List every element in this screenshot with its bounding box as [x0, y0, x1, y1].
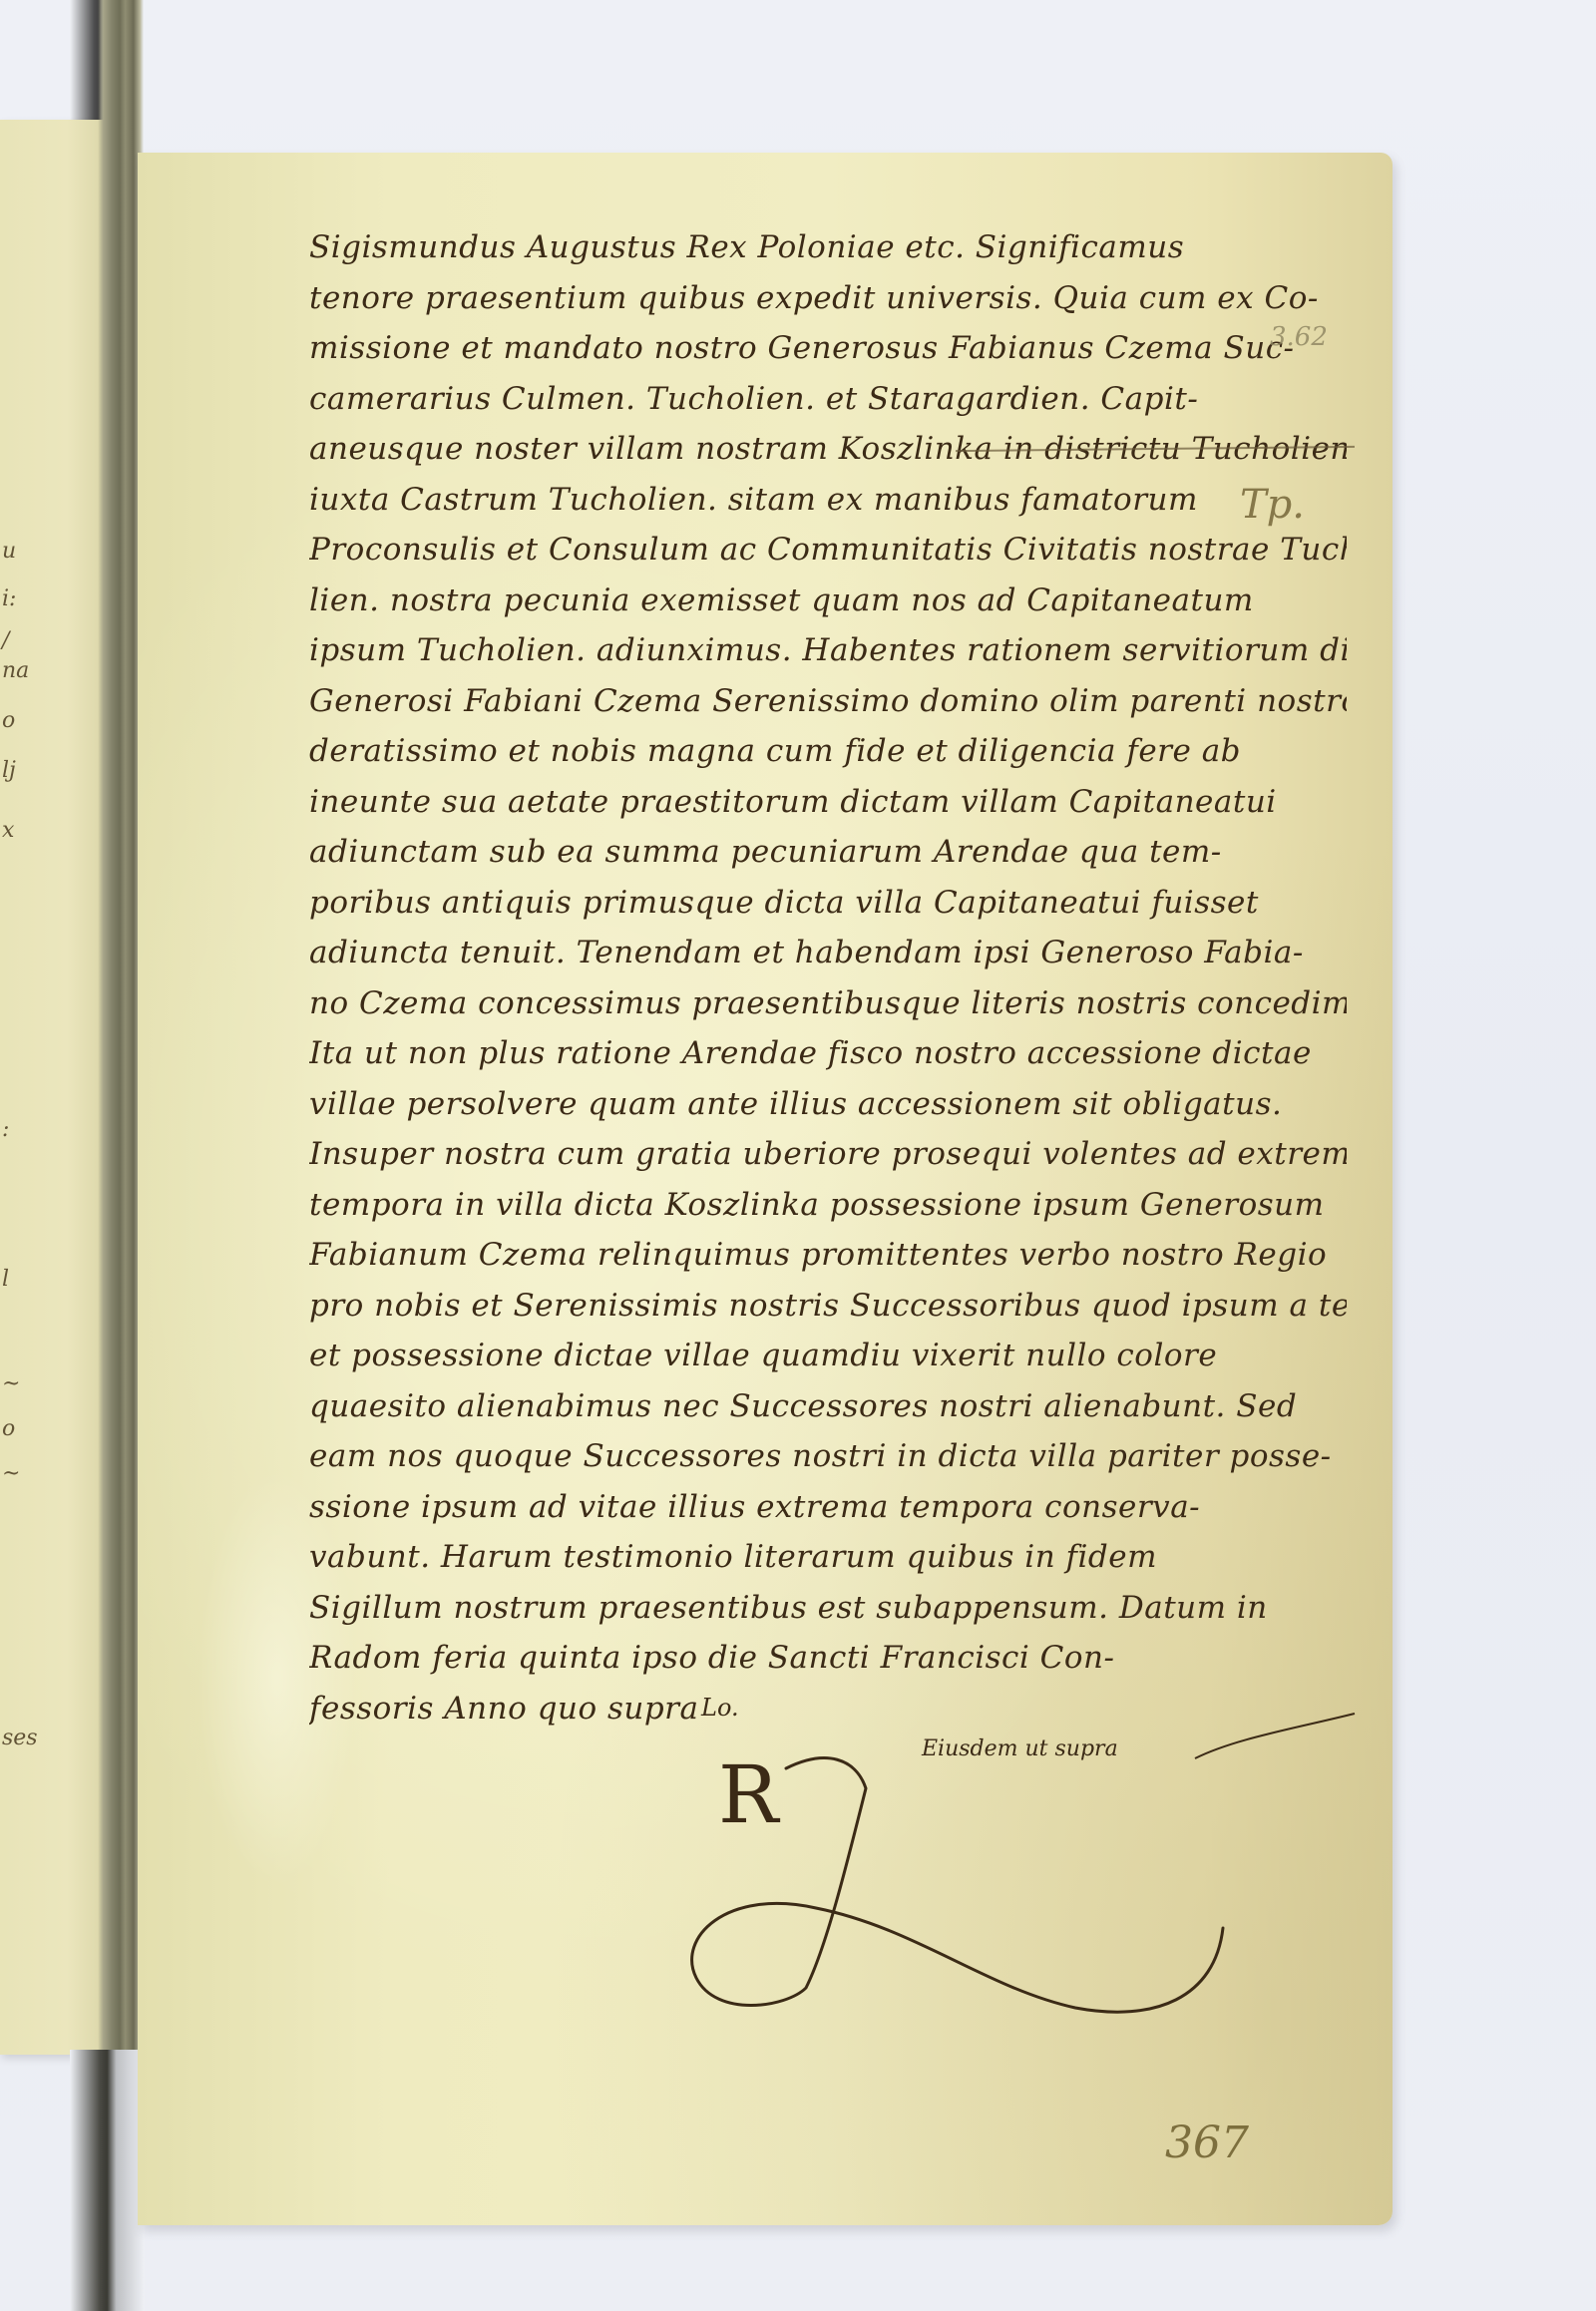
- text-line: Insuper nostra cum gratia uberiore prose…: [309, 1129, 1347, 1180]
- marginal-abbreviation: Tp.: [1240, 482, 1305, 528]
- margin-fragment: na: [2, 658, 29, 683]
- margin-fragment: o: [2, 708, 15, 733]
- text-line: vabunt. Harum testimonio literarum quibu…: [309, 1532, 1347, 1583]
- margin-fragment: ses: [2, 1726, 38, 1750]
- text-line: Generosi Fabiani Czema Serenissimo domin…: [309, 676, 1347, 727]
- text-line: Proconsulis et Consulum ac Communitatis …: [309, 525, 1347, 576]
- margin-fragment: o: [2, 1416, 15, 1441]
- left-page: u i: / na o lj x : l ~ o ~ ses: [0, 120, 112, 2055]
- text-line: no Czema concessimus praesentibusque lit…: [309, 978, 1347, 1029]
- text-line: Ita ut non plus ratione Arendae fisco no…: [309, 1028, 1347, 1079]
- text-line: adiunctam sub ea summa pecuniarum Arenda…: [309, 827, 1347, 878]
- text-line: deratissimo et nobis magna cum fide et d…: [309, 726, 1347, 777]
- margin-fragment: ~: [2, 1371, 20, 1396]
- margin-fragment: lj: [2, 758, 16, 783]
- text-line: camerarius Culmen. Tucholien. et Staraga…: [309, 374, 1347, 425]
- text-line: ineunte sua aetate praestitorum dictam v…: [309, 777, 1347, 828]
- text-line: quaesito alienabimus nec Successores nos…: [309, 1381, 1347, 1432]
- margin-fragment: /: [2, 628, 9, 653]
- text-line: Sigillum nostrum praesentibus est subapp…: [309, 1583, 1347, 1634]
- text-line: tenore praesentium quibus expedit univer…: [309, 273, 1347, 324]
- scan-viewer: u i: / na o lj x : l ~ o ~ ses Sigismund…: [0, 0, 1596, 2311]
- text-line: iuxta Castrum Tucholien. sitam ex manibu…: [309, 475, 1347, 526]
- text-line: pro nobis et Serenissimis nostris Succes…: [309, 1281, 1347, 1332]
- text-line: missione et mandato nostro Generosus Fab…: [309, 323, 1347, 374]
- margin-fragment: ~: [2, 1461, 20, 1486]
- binding-bottom-shadow: [70, 2050, 145, 2311]
- text-line: et possessione dictae villae quamdiu vix…: [309, 1331, 1347, 1381]
- margin-fragment: u: [2, 539, 16, 564]
- text-line: villae persolvere quam ante illius acces…: [309, 1079, 1347, 1130]
- margin-fragment: x: [2, 818, 14, 843]
- text-line: eam nos quoque Successores nostri in dic…: [309, 1431, 1347, 1482]
- text-line: tempora in villa dicta Koszlinka possess…: [309, 1180, 1347, 1231]
- marginal-number: 3.62: [1270, 322, 1328, 352]
- text-line: ipsum Tucholien. adiunximus. Habentes ra…: [309, 625, 1347, 676]
- text-line: Sigismundus Augustus Rex Poloniae etc. S…: [309, 222, 1347, 273]
- text-line: ssione ipsum ad vitae illius extrema tem…: [309, 1482, 1347, 1533]
- text-line: adiuncta tenuit. Tenendam et habendam ip…: [309, 928, 1347, 978]
- text-line: Fabianum Czema relinquimus promittentes …: [309, 1230, 1347, 1281]
- margin-fragment: i:: [2, 586, 16, 611]
- text-line: poribus antiquis primusque dicta villa C…: [309, 878, 1347, 929]
- signature-flourish-icon: [656, 1709, 1375, 2028]
- margin-fragment: :: [2, 1117, 9, 1142]
- right-page: Sigismundus Augustus Rex Poloniae etc. S…: [138, 153, 1393, 2225]
- margin-fragment: l: [2, 1267, 9, 1292]
- folio-number: 367: [1165, 2118, 1249, 2168]
- text-line: Radom feria quinta ipso die Sancti Franc…: [309, 1633, 1347, 1684]
- text-line: lien. nostra pecunia exemisset quam nos …: [309, 576, 1347, 626]
